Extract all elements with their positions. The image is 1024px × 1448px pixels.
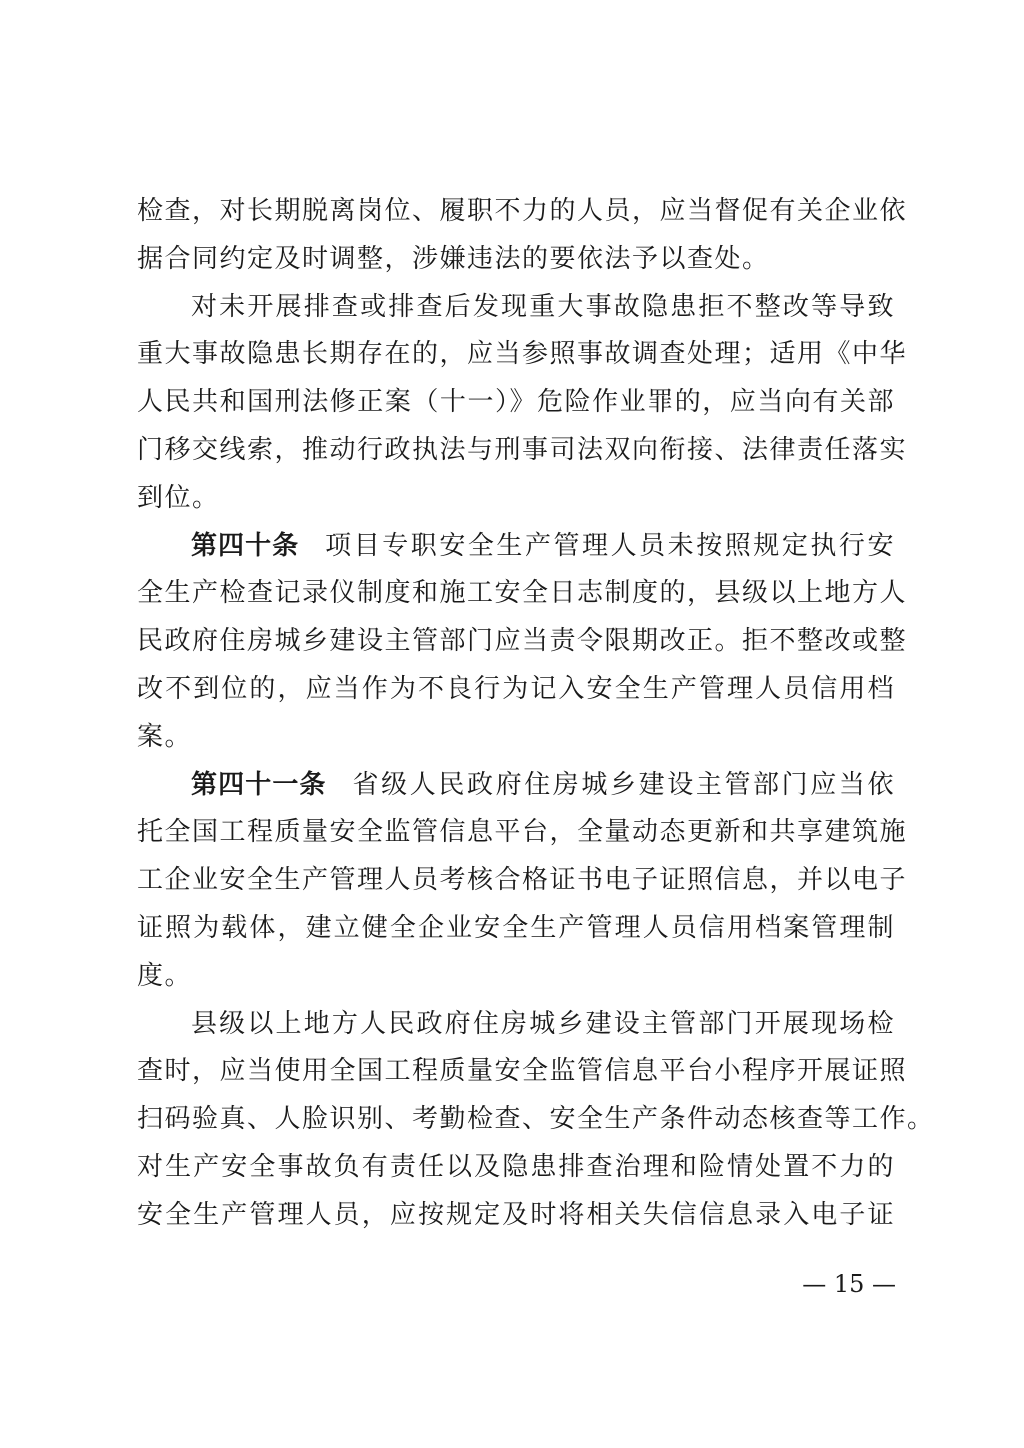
text-line: 对生产安全事故负有责任以及隐患排查治理和险情处置不力的 xyxy=(137,1144,895,1192)
paragraph-accident-hazard: 对未开展排查或排查后发现重大事故隐患拒不整改等导致 重大事故隐患长期存在的，应当… xyxy=(137,284,895,523)
text-line: 托全国工程质量安全监管信息平台，全量动态更新和共享建筑施 xyxy=(137,809,895,857)
text-line: 对未开展排查或排查后发现重大事故隐患拒不整改等导致 xyxy=(137,284,895,332)
document-page: 检查，对长期脱离岗位、履职不力的人员，应当督促有关企业依 据合同约定及时调整，涉… xyxy=(137,188,895,1240)
text-line: 到位。 xyxy=(137,475,895,523)
text-line: 度。 xyxy=(137,953,895,1001)
text-line: 民政府住房城乡建设主管部门应当责令限期改正。拒不整改或整 xyxy=(137,618,895,666)
text-line: 门移交线索，推动行政执法与刑事司法双向衔接、法律责任落实 xyxy=(137,427,895,475)
paragraph-onsite-inspection: 县级以上地方人民政府住房城乡建设主管部门开展现场检 查时，应当使用全国工程质量安… xyxy=(137,1001,895,1240)
text-line: 人民共和国刑法修正案（十一）》危险作业罪的，应当向有关部 xyxy=(137,379,895,427)
text-line: 据合同约定及时调整，涉嫌违法的要依法予以查处。 xyxy=(137,236,895,284)
text-line: 查时，应当使用全国工程质量安全监管信息平台小程序开展证照 xyxy=(137,1048,895,1096)
text-line: 工企业安全生产管理人员考核合格证书电子证照信息，并以电子 xyxy=(137,857,895,905)
text-line: 证照为载体，建立健全企业安全生产管理人员信用档案管理制 xyxy=(137,905,895,953)
article-text: 省级人民政府住房城乡建设主管部门应当依 xyxy=(353,770,895,800)
article-text: 项目专职安全生产管理人员未按照规定执行安 xyxy=(325,531,895,561)
article-label: 第四十条 xyxy=(191,531,299,561)
article-41: 第四十一条省级人民政府住房城乡建设主管部门应当依 托全国工程质量安全监管信息平台… xyxy=(137,762,895,1001)
text-line: 检查，对长期脱离岗位、履职不力的人员，应当督促有关企业依 xyxy=(137,188,895,236)
paragraph-continuation: 检查，对长期脱离岗位、履职不力的人员，应当督促有关企业依 据合同约定及时调整，涉… xyxy=(137,188,895,284)
article-label: 第四十一条 xyxy=(191,770,327,800)
text-line: 扫码验真、人脸识别、考勤检查、安全生产条件动态核查等工作。 xyxy=(137,1096,895,1144)
article-40: 第四十条项目专职安全生产管理人员未按照规定执行安 全生产检查记录仪制度和施工安全… xyxy=(137,523,895,762)
text-line: 案。 xyxy=(137,714,895,762)
text-line: 安全生产管理人员，应按规定及时将相关失信信息录入电子证 xyxy=(137,1192,895,1240)
text-line: 改不到位的，应当作为不良行为记入安全生产管理人员信用档 xyxy=(137,666,895,714)
page-number: — 15 — xyxy=(800,1268,896,1300)
text-line: 第四十一条省级人民政府住房城乡建设主管部门应当依 xyxy=(137,762,895,810)
text-line: 重大事故隐患长期存在的，应当参照事故调查处理；适用《中华 xyxy=(137,331,895,379)
text-line: 县级以上地方人民政府住房城乡建设主管部门开展现场检 xyxy=(137,1001,895,1049)
text-line: 第四十条项目专职安全生产管理人员未按照规定执行安 xyxy=(137,523,895,571)
text-line: 全生产检查记录仪制度和施工安全日志制度的，县级以上地方人 xyxy=(137,570,895,618)
